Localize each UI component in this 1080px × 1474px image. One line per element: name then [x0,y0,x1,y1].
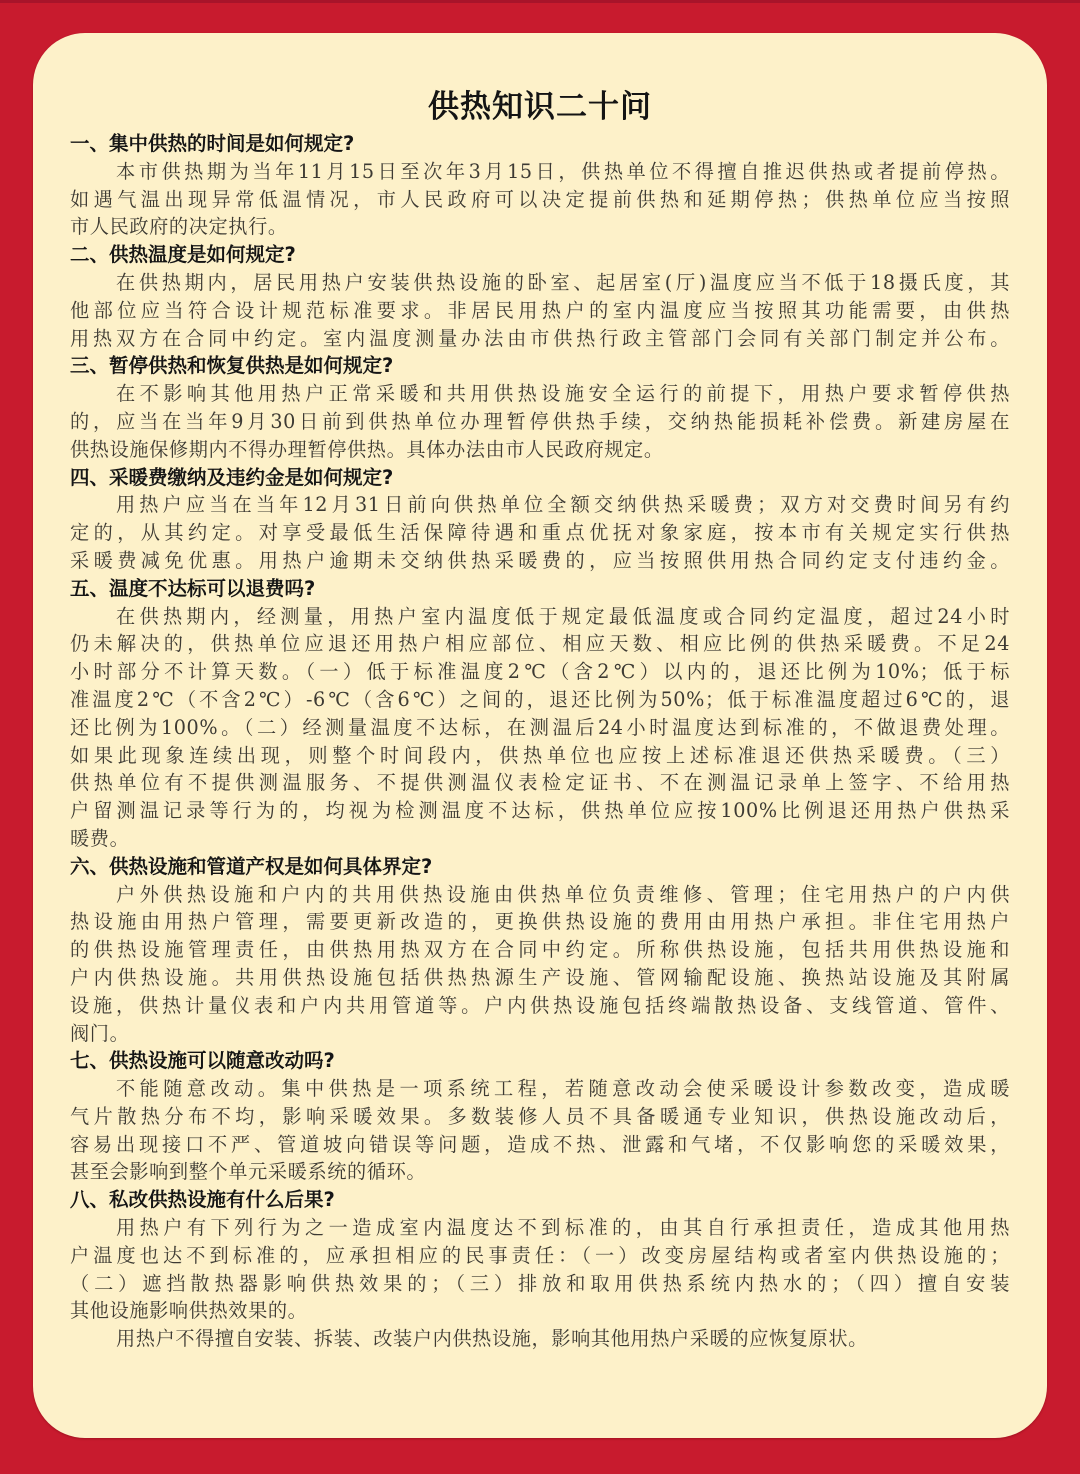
paragraph-line: 气片散热分布不均，影响采暖效果。多数装修人员不具备暖通专业知识，供热设施改动后， [70,1103,1010,1131]
paragraph-line: 如果此现象连续出现，则整个时间段内，供热单位也应按上述标准退还供热采暖费。（三） [70,742,1010,770]
paragraph-line: 供热单位有不提供测温服务、不提供测温仪表检定证书、不在测温记录单上签字、不给用热 [70,769,1010,797]
faq-section-5: 五、温度不达标可以退费吗? 在供热期内，经测量，用热户室内温度低于规定最低温度或… [70,575,1010,853]
paragraph-line: 的供热设施管理责任，由供热用热双方在合同中约定。所称供热设施，包括共用供热设施和 [70,936,1010,964]
faq-section-3: 三、暂停供热和恢复供热是如何规定? 在不影响其他用热户正常采暖和共用供热设施安全… [70,352,1010,463]
section-heading: 六、供热设施和管道产权是如何具体界定? [70,853,1010,881]
faq-section-1: 一、集中供热的时间是如何规定? 本市供热期为当年11月15日至次年3月15日，供… [70,130,1010,241]
paragraph-line: 在不影响其他用热户正常采暖和共用供热设施安全运行的前提下，用热户要求暂停供热 [70,380,1010,408]
paragraph-line: 不能随意改动。集中供热是一项系统工程，若随意改动会使采暖设计参数改变，造成暖 [70,1075,1010,1103]
paragraph-line: 户外供热设施和户内的共用供热设施由供热单位负责维修、管理；住宅用热户的户内供 [70,881,1010,909]
paragraph-line: 的，应当在当年9月30日前到供热单位办理暂停供热手续，交纳热能损耗补偿费。新建房… [70,408,1010,436]
section-heading: 二、供热温度是如何规定? [70,241,1010,269]
faq-section-6: 六、供热设施和管道产权是如何具体界定? 户外供热设施和户内的共用供热设施由供热单… [70,853,1010,1048]
paragraph-line: 在供热期内，经测量，用热户室内温度低于规定最低温度或合同约定温度，超过24小时 [70,603,1010,631]
paragraph-line: 户温度也达不到标准的，应承担相应的民事责任：（一）改变房屋结构或者室内供热设施的… [70,1242,1010,1270]
paragraph-line: 暖费。 [70,825,1010,853]
paragraph-line: 如遇气温出现异常低温情况，市人民政府可以决定提前供热和延期停热；供热单位应当按照 [70,186,1010,214]
paragraph-line: 阀门。 [70,1020,1010,1048]
faq-section-4: 四、采暖费缴纳及违约金是如何规定? 用热户应当在当年12月31日前向供热单位全额… [70,464,1010,575]
document-card: 供热知识二十问 一、集中供热的时间是如何规定? 本市供热期为当年11月15日至次… [33,33,1047,1438]
paragraph-line: 市人民政府的决定执行。 [70,213,1010,241]
section-heading: 一、集中供热的时间是如何规定? [70,130,1010,158]
paragraph-line: 小时部分不计算天数。（一）低于标准温度2℃（含2℃）以内的，退还比例为10%；低… [70,658,1010,686]
paragraph-line: 甚至会影响到整个单元采暖系统的循环。 [70,1158,1010,1186]
paragraph-line: 设施，供热计量仪表和户内共用管道等。户内供热设施包括终端散热设备、支线管道、管件… [70,992,1010,1020]
paragraph-line: 用热户不得擅自安装、拆装、改装户内供热设施，影响其他用热户采暖的应恢复原状。 [70,1325,1010,1353]
section-heading: 四、采暖费缴纳及违约金是如何规定? [70,464,1010,492]
paragraph-line: 定的，从其约定。对享受最低生活保障待遇和重点优抚对象家庭，按本市有关规定实行供热 [70,519,1010,547]
faq-section-2: 二、供热温度是如何规定? 在供热期内，居民用热户安装供热设施的卧室、起居室(厅)… [70,241,1010,352]
paragraph-line: 用热户有下列行为之一造成室内温度达不到标准的，由其自行承担责任，造成其他用热 [70,1214,1010,1242]
section-heading: 八、私改供热设施有什么后果? [70,1186,1010,1214]
paragraph-line: （二）遮挡散热器影响供热效果的；（三）排放和取用供热系统内热水的；（四）擅自安装 [70,1270,1010,1298]
paragraph-line: 采暖费减免优惠。用热户逾期未交纳供热采暖费的，应当按照供用热合同约定支付违约金。 [70,547,1010,575]
paragraph-line: 在供热期内，居民用热户安装供热设施的卧室、起居室(厅)温度应当不低于18摄氏度，… [70,269,1010,297]
section-heading: 三、暂停供热和恢复供热是如何规定? [70,352,1010,380]
faq-content: 一、集中供热的时间是如何规定? 本市供热期为当年11月15日至次年3月15日，供… [70,130,1010,1353]
faq-section-8: 八、私改供热设施有什么后果? 用热户有下列行为之一造成室内温度达不到标准的，由其… [70,1186,1010,1353]
page-title: 供热知识二十问 [33,85,1047,129]
faq-section-7: 七、供热设施可以随意改动吗? 不能随意改动。集中供热是一项系统工程，若随意改动会… [70,1047,1010,1186]
section-heading: 七、供热设施可以随意改动吗? [70,1047,1010,1075]
paragraph-line: 容易出现接口不严、管道坡向错误等问题，造成不热、泄露和气堵，不仅影响您的采暖效果… [70,1131,1010,1159]
top-edge-strip [0,0,1080,3]
paragraph-line: 供热设施保修期内不得办理暂停供热。具体办法由市人民政府规定。 [70,436,1010,464]
paragraph-line: 仍未解决的，供热单位应退还用热户相应部位、相应天数、相应比例的供热采暖费。不足2… [70,630,1010,658]
paragraph-line: 还比例为100%。（二）经测量温度不达标，在测温后24小时温度达到标准的，不做退… [70,714,1010,742]
paragraph-line: 户留测温记录等行为的，均视为检测温度不达标，供热单位应按100%比例退还用热户供… [70,797,1010,825]
paragraph-line: 他部位应当符合设计规范标准要求。非居民用热户的室内温度应当按照其功能需要，由供热 [70,297,1010,325]
paragraph-line: 用热双方在合同中约定。室内温度测量办法由市供热行政主管部门会同有关部门制定并公布… [70,325,1010,353]
paragraph-line: 其他设施影响供热效果的。 [70,1297,1010,1325]
paragraph-line: 用热户应当在当年12月31日前向供热单位全额交纳供热采暖费；双方对交费时间另有约 [70,491,1010,519]
paragraph-line: 热设施由用热户管理，需要更新改造的，更换供热设施的费用由用热户承担。非住宅用热户 [70,908,1010,936]
section-heading: 五、温度不达标可以退费吗? [70,575,1010,603]
paragraph-line: 准温度2℃（不含2℃）-6℃（含6℃）之间的，退还比例为50%；低于标准温度超过… [70,686,1010,714]
paragraph-line: 本市供热期为当年11月15日至次年3月15日，供热单位不得擅自推迟供热或者提前停… [70,158,1010,186]
paragraph-line: 户内供热设施。共用供热设施包括供热热源生产设施、管网输配设施、换热站设施及其附属 [70,964,1010,992]
